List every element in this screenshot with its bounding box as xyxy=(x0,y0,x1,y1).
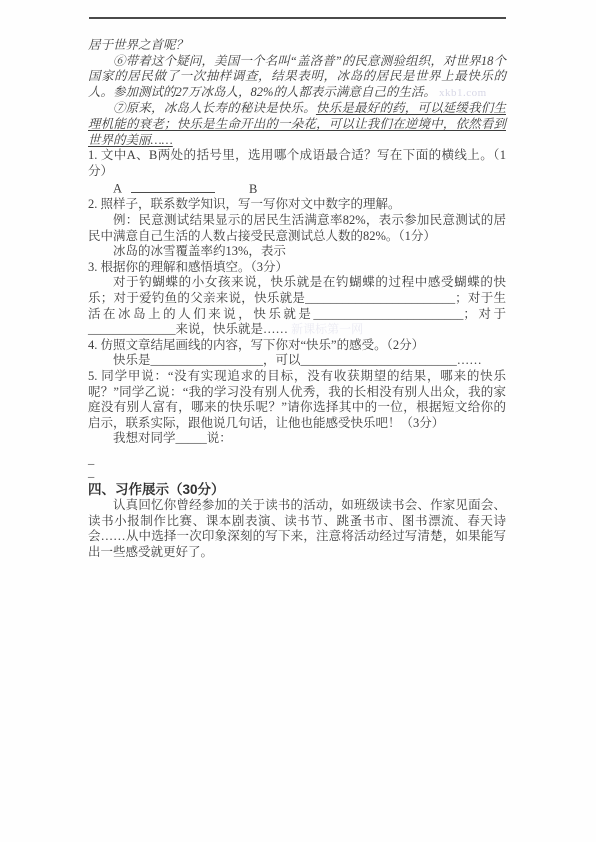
watermark-xinkebiao: 新课标第一网 xyxy=(291,322,363,336)
question-1-text: 1. 文中A、B两处的括号里，选用哪个成语最合适？写在下面的横线上。（1分） xyxy=(88,148,506,179)
page-divider-rule xyxy=(89,17,506,19)
question-4-fill: 快乐是__________________，可以________________… xyxy=(88,353,506,369)
stray-mark-1: _ xyxy=(88,453,506,466)
passage-paragraph-6: ⑥带着这个疑问，美国一个名叫“盖洛普”的民意测验组织，对世界18个国家的居民做了… xyxy=(88,54,506,102)
question-2-example: 例：民意测试结果显示的居民生活满意率82%，表示参加民意测试的居民中满意自己生活… xyxy=(88,213,506,244)
watermark-xkb1: xkb1.com xyxy=(439,87,487,99)
section-4-heading: 四、习作展示（30分） xyxy=(88,481,506,498)
passage-paragraph-7-lead: ⑦原来，冰岛人长寿的秘诀是快乐。 xyxy=(113,101,316,115)
stray-mark-2: _ xyxy=(88,466,506,479)
question-4-text: 4. 仿照文章结尾画线的内容，写下你对“快乐”的感受。（2分） xyxy=(88,338,506,354)
answer-label-a: A xyxy=(113,182,122,196)
question-3-text: 3. 根据你的理解和感悟填空。（3分） xyxy=(88,260,506,276)
question-1-answer-line: AB xyxy=(88,179,506,197)
question-2-exercise: 冰岛的冰雪覆盖率约13%，表示 xyxy=(88,244,506,260)
question-5-text: 5. 同学甲说：“没有实现追求的目标，没有收获期望的结果，哪来的快乐呢？”同学乙… xyxy=(88,369,506,431)
scanned-exam-page: 居于世界之首呢？ ⑥带着这个疑问，美国一个名叫“盖洛普”的民意测验组织，对世界1… xyxy=(0,0,596,842)
answer-blank-a xyxy=(131,179,215,193)
exam-content: 居于世界之首呢？ ⑥带着这个疑问，美国一个名叫“盖洛普”的民意测验组织，对世界1… xyxy=(88,38,506,560)
passage-intro-line: 居于世界之首呢？ xyxy=(88,38,506,54)
section-4-body: 认真回忆你曾经参加的关于读书的活动，如班级读书会、作家见面会、读书小报制作比赛、… xyxy=(88,498,506,560)
question-2-text: 2. 照样子，联系数学知识，写一写你对文中数字的理解。 xyxy=(88,197,506,213)
question-5-answer-line: 我想对同学_____说： xyxy=(88,431,506,447)
answer-label-b: B xyxy=(249,182,257,196)
question-3-fill: 对于钓蝴蝶的小女孩来说，快乐就是在钓蝴蝶的过程中感受蝴蝶的快乐；对于爱钓鱼的父亲… xyxy=(88,275,506,337)
passage-paragraph-7: ⑦原来，冰岛人长寿的秘诀是快乐。快乐是最好的药，可以延缓我们生理机能的衰老；快乐… xyxy=(88,101,506,148)
